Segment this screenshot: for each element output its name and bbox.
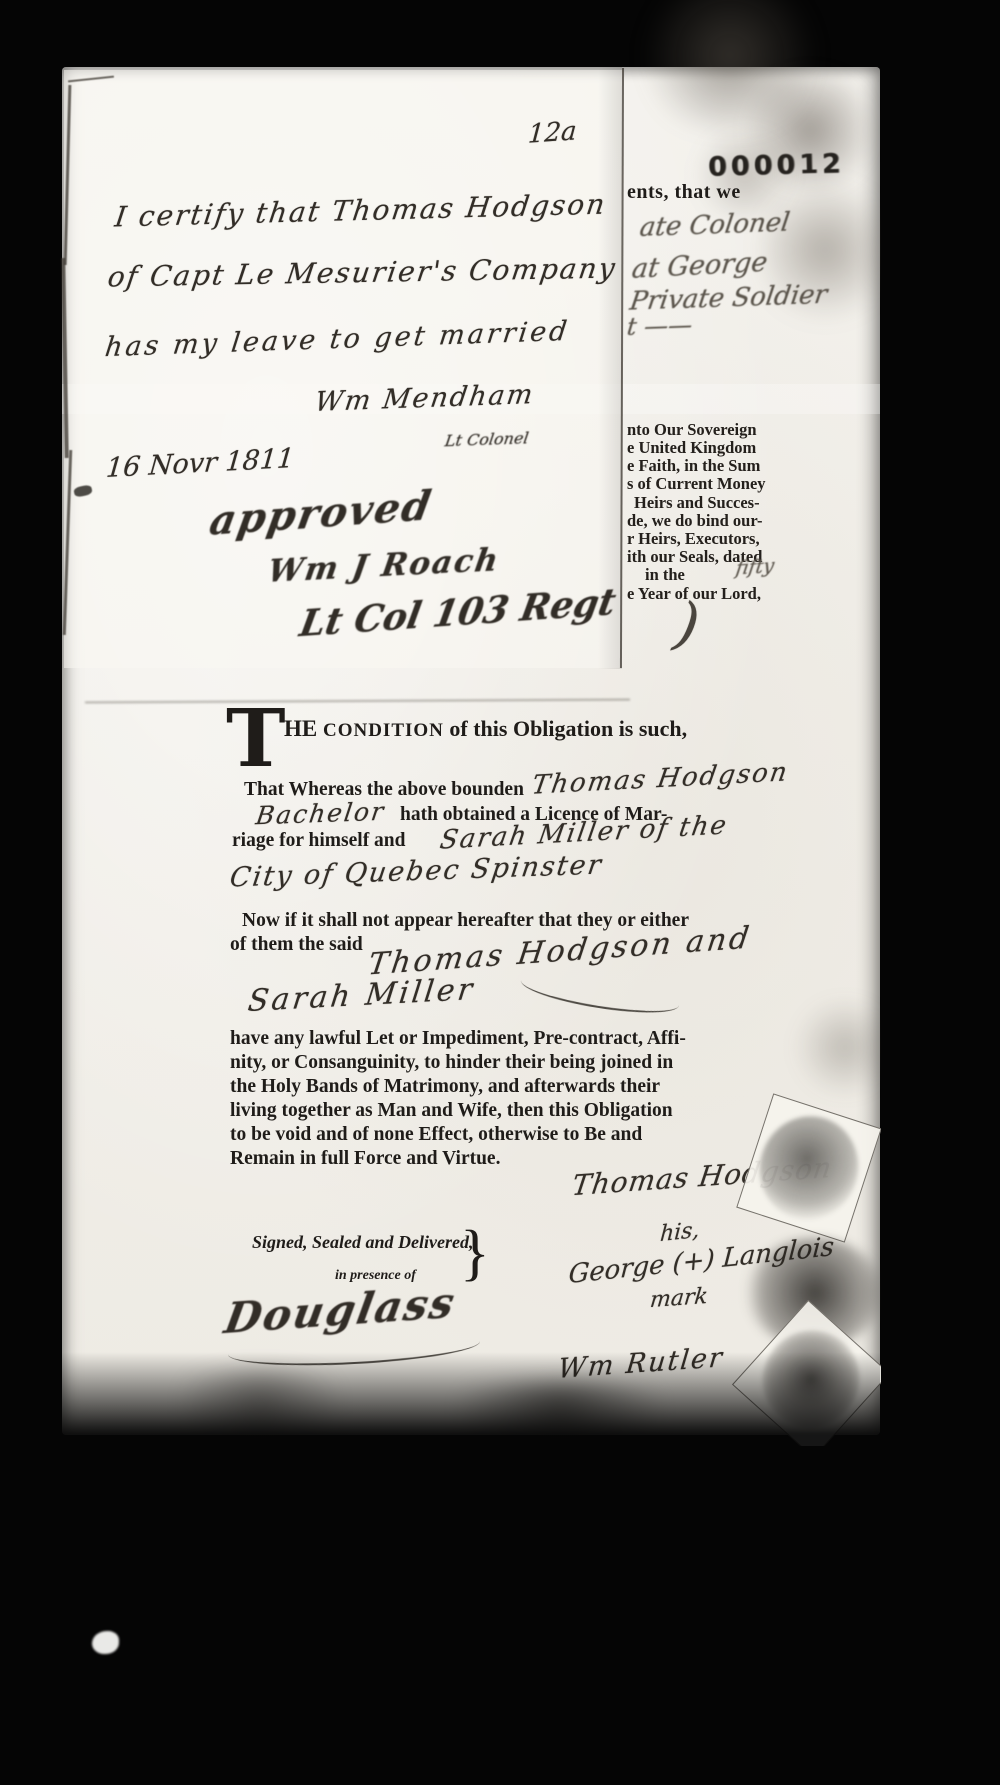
border-bottom [0,1446,1000,1606]
bond-column-line: e United Kingdom [627,438,756,458]
body-line: have any lawful Let or Impediment, Pre-c… [230,1028,686,1050]
bond-column-line: nto Our Sovereign [627,420,757,440]
bond-column-line: e Faith, in the Sum [627,456,760,476]
commander-rank-scribble: Lt Colonel [444,428,530,450]
body-line: the Holy Bands of Matrimony, and afterwa… [230,1076,660,1098]
body-line: nity, or Consanguinity, to hinder their … [230,1052,673,1074]
body-line-said: of them the said [230,934,363,956]
slip-edge-shadow [598,67,622,669]
signed-sealed-line: Signed, Sealed and Delivered, [252,1232,473,1253]
heading-he: HE [284,716,323,741]
drop-cap: T [226,706,286,772]
border-right [881,0,1000,1785]
mark-word: mark [649,1284,709,1313]
bond-overlay-script: ate Colonel [638,207,792,242]
bond-column-line: de, we do bind our- [627,511,763,531]
body-line: living together as Man and Wife, then th… [230,1100,673,1122]
curly-brace: } [460,1218,490,1289]
bond-opening-fragment: ents, that we [627,181,741,204]
film-speck [92,1631,119,1654]
bond-column-line: Heirs and Succes- [634,493,760,513]
bachelor-script: Bachelor [254,797,387,831]
bond-overlay-script: t —— [626,311,694,341]
page-bottom-fade [62,1352,880,1448]
seal-ink-blot [746,1103,872,1232]
page-label: 12a [527,116,578,150]
heading-tail: of this Obligation is such, [444,716,687,741]
bond-column-line: in the [645,565,685,585]
stamp-number: 000012 [708,148,845,183]
fifty-script-word: fifty [734,555,775,580]
bond-column-line: s of Current Money [627,474,766,494]
his-word: his, [659,1218,700,1247]
bond-column-line: r Heirs, Executors, [627,529,760,549]
body-line-riage: riage for himself and [232,830,406,852]
microfilm-frame: 12a I certify that Thomas Hodgson of Cap… [0,0,1000,1785]
body-line: Remain in full Force and Virtue. [230,1148,500,1170]
body-line: to be void and of none Effect, otherwise… [230,1124,642,1146]
heading-condition: CONDITION [323,720,444,741]
